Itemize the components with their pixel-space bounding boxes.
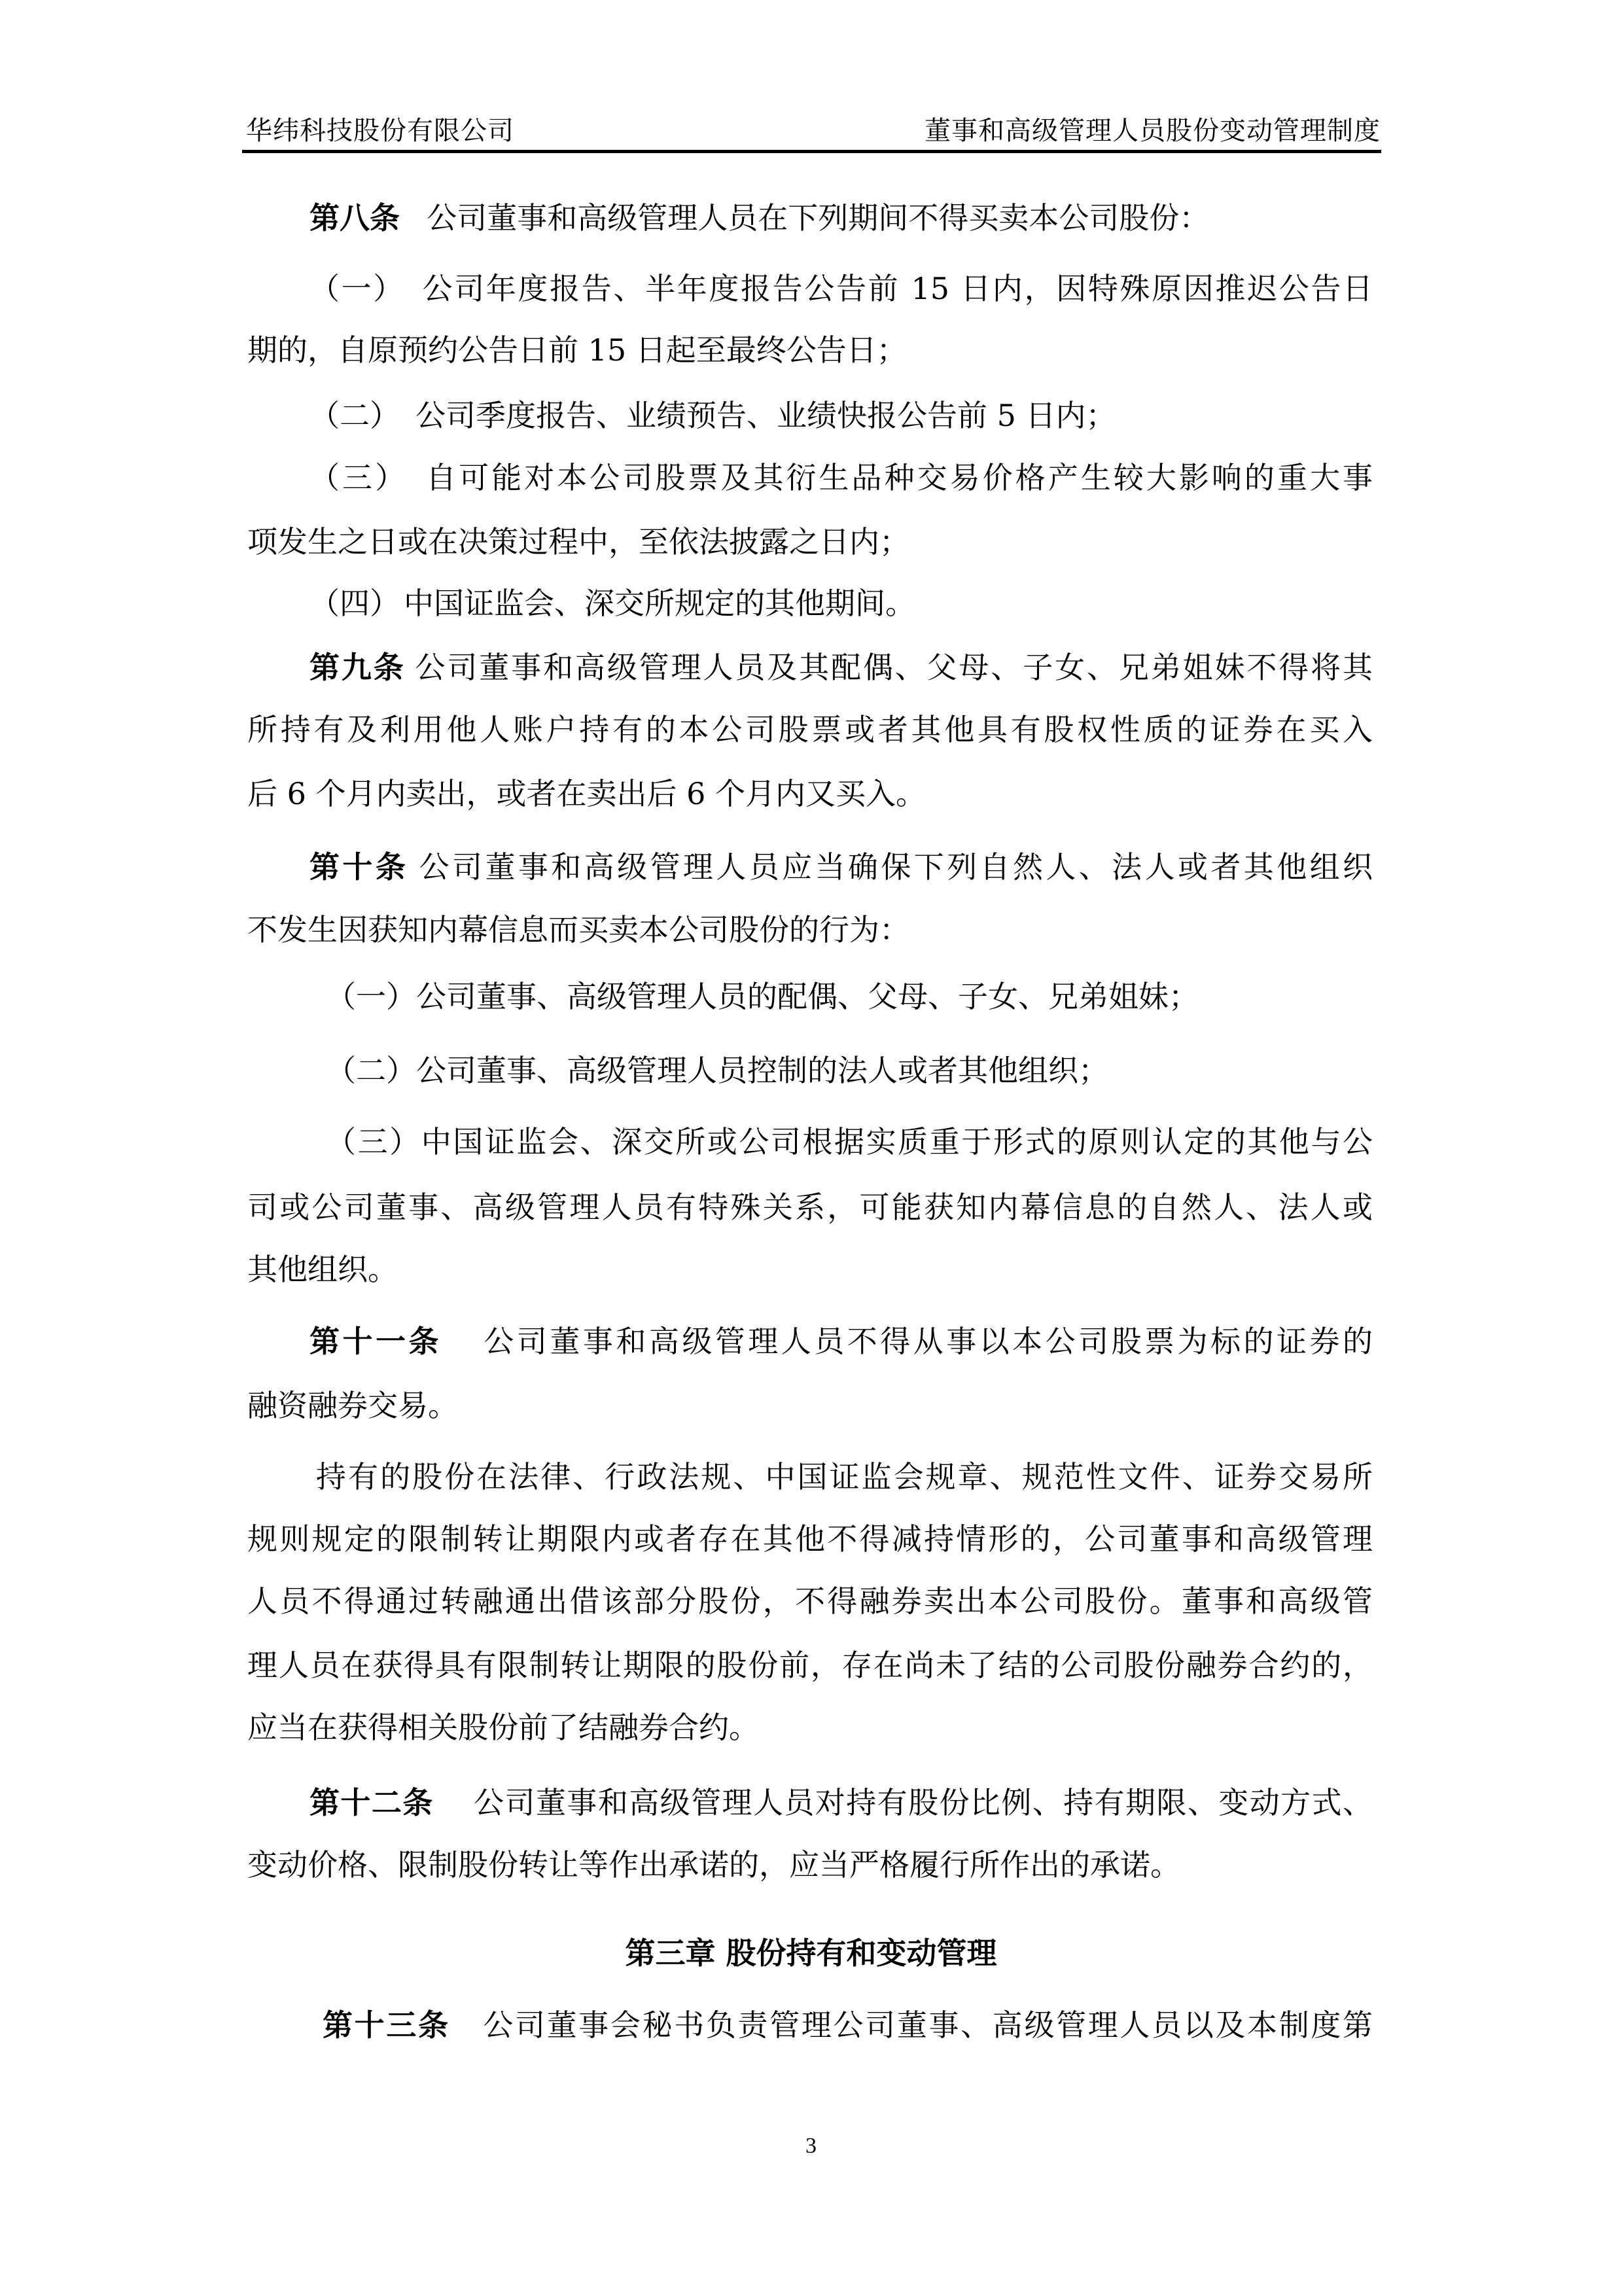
article-9-line-3: 后 6 个月内卖出，或者在卖出后 6 个月内又买入。	[247, 774, 1373, 813]
chapter-3-heading: 第三章 股份持有和变动管理	[0, 1934, 1622, 1973]
article-8-heading-line: 第八条 公司董事和高级管理人员在下列期间不得买卖本公司股份：	[247, 198, 1373, 238]
article-8-item-3-line-2: 项发生之日或在决策过程中，至依法披露之日内；	[247, 522, 1373, 561]
article-10-item-3-line-3: 其他组织。	[247, 1250, 1373, 1289]
header-rule	[242, 150, 1381, 153]
article-8-item-3-text: 自可能对本公司股票及其衍生品种交易价格产生较大影响的重大事	[423, 460, 1373, 495]
article-11-line-2: 融资融券交易。	[247, 1386, 1373, 1425]
article-8-item-4-marker: （四）	[309, 586, 400, 621]
article-9-line-1: 第九条公司董事和高级管理人员及其配偶、父母、子女、兄弟姐妹不得将其	[247, 648, 1373, 687]
article-8-item-3-marker: （三）	[309, 460, 408, 495]
article-8-item-1-line-2: 期的，自原预约公告日前 15 日起至最终公告日；	[247, 330, 1373, 370]
article-10-item-1: （一）公司董事、高级管理人员的配偶、父母、子女、兄弟姐妹；	[247, 977, 1373, 1016]
article-11-para-2-line-5: 应当在获得相关股份前了结融券合约。	[247, 1708, 1373, 1747]
article-8-item-4: （四）中国证监会、深交所规定的其他期间。	[247, 584, 1373, 623]
article-13-line-1: 第十三条公司董事会秘书负责管理公司董事、高级管理人员以及本制度第	[247, 2005, 1373, 2045]
article-10-line-2: 不发生因获知内幕信息而买卖本公司股份的行为：	[247, 910, 1373, 949]
article-12-line-2: 变动价格、限制股份转让等作出承诺的，应当严格履行所作出的承诺。	[247, 1845, 1373, 1884]
document-page: 华纬科技股份有限公司 董事和高级管理人员股份变动管理制度 第八条 公司董事和高级…	[0, 0, 1622, 2296]
article-8-label: 第八条	[309, 200, 400, 236]
article-11-para-2-line-3: 人员不得通过转融通出借该部分股份，不得融券卖出本公司股份。董事和高级管	[247, 1581, 1373, 1621]
article-10-item-3-line-1: （三）中国证监会、深交所或公司根据实质重于形式的原则认定的其他与公	[247, 1122, 1373, 1161]
article-10-line-1: 第十条公司董事和高级管理人员应当确保下列自然人、法人或者其他组织	[247, 847, 1373, 887]
article-12-label: 第十二条	[309, 1785, 434, 1820]
header-company-name: 华纬科技股份有限公司	[246, 113, 514, 149]
article-8-text: 公司董事和高级管理人员在下列期间不得买卖本公司股份：	[427, 200, 1209, 236]
article-13-label: 第十三条	[323, 2007, 450, 2043]
article-12-line-1: 第十二条公司董事和高级管理人员对持有股份比例、持有期限、变动方式、	[247, 1783, 1373, 1822]
article-10-text-1: 公司董事和高级管理人员应当确保下列自然人、法人或者其他组织	[416, 849, 1373, 885]
article-10-item-3-line-2: 司或公司董事、高级管理人员有特殊关系，可能获知内幕信息的自然人、法人或	[247, 1188, 1373, 1227]
page-number: 3	[0, 2133, 1622, 2159]
article-8-item-1-line-1: （一）公司年度报告、半年度报告公告前 15 日内，因特殊原因推迟公告日	[247, 269, 1373, 308]
article-9-text-1: 公司董事和高级管理人员及其配偶、父母、子女、兄弟姐妹不得将其	[414, 650, 1373, 685]
article-11-para-2-line-1: 持有的股份在法律、行政法规、中国证监会规章、规范性文件、证券交易所	[247, 1457, 1373, 1496]
article-9-label: 第九条	[309, 650, 406, 685]
article-9-line-2: 所持有及利用他人账户持有的本公司股票或者其他具有股权性质的证券在买入	[247, 710, 1373, 749]
article-10-item-2: （二）公司董事、高级管理人员控制的法人或者其他组织；	[247, 1051, 1373, 1090]
article-11-text-1: 公司董事和高级管理人员不得从事以本公司股票为标的证券的	[481, 1324, 1373, 1359]
article-8-item-3-line-1: （三）自可能对本公司股票及其衍生品种交易价格产生较大影响的重大事	[247, 458, 1373, 497]
article-13-text-1: 公司董事会秘书负责管理公司董事、高级管理人员以及本制度第	[482, 2007, 1373, 2043]
article-10-label: 第十条	[309, 849, 408, 885]
article-8-item-1-marker: （一）	[309, 271, 405, 306]
article-8-item-2-marker: （二）	[309, 398, 400, 433]
article-12-text-1: 公司董事和高级管理人员对持有股份比例、持有期限、变动方式、	[473, 1785, 1373, 1820]
article-8-item-4-text: 中国证监会、深交所规定的其他期间。	[404, 586, 915, 621]
article-11-para-2-line-2: 规则规定的限制转让期限内或者存在其他不得减持情形的，公司董事和高级管理	[247, 1519, 1373, 1559]
article-11-line-1: 第十一条公司董事和高级管理人员不得从事以本公司股票为标的证券的	[247, 1322, 1373, 1361]
article-8-item-2-text: 公司季度报告、业绩预告、业绩快报公告前 5 日内；	[415, 398, 1116, 433]
header-document-title: 董事和高级管理人员股份变动管理制度	[925, 113, 1381, 149]
article-8-item-2: （二）公司季度报告、业绩预告、业绩快报公告前 5 日内；	[247, 396, 1373, 435]
article-11-para-2-line-4: 理人员在获得具有限制转让期限的股份前，存在尚未了结的公司股份融券合约的，	[247, 1646, 1373, 1685]
article-8-item-1-text: 公司年度报告、半年度报告公告前 15 日内，因特殊原因推迟公告日	[421, 271, 1373, 306]
article-11-label: 第十一条	[309, 1324, 442, 1359]
